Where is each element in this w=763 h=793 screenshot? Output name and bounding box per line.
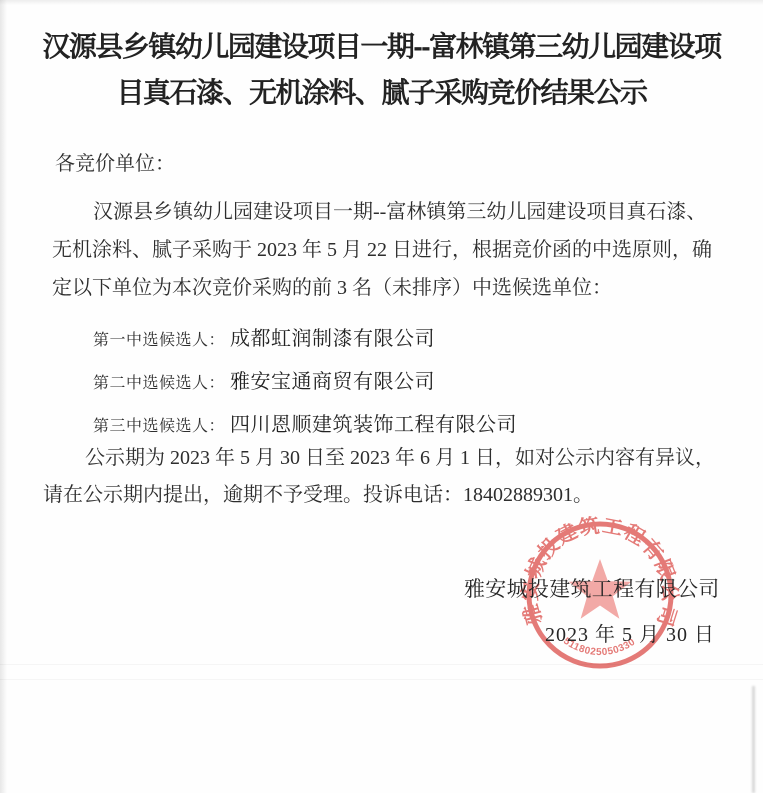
- notice-document-page: 汉源县乡镇幼儿园建设项目一期--富林镇第三幼儿园建设项 目真石漆、无机涂料、腻子…: [0, 0, 763, 793]
- paragraph1-line2: 无机涂料、腻子采购于 2023 年 5 月 22 日进行，根据竞价函的中选原则，…: [52, 237, 712, 263]
- salutation: 各竞价单位：: [55, 151, 175, 177]
- candidate-3-name: 四川恩顺建筑装饰工程有限公司: [230, 408, 517, 437]
- document-title-line2: 目真石漆、无机涂料、腻子采购竞价结果公示: [0, 77, 763, 109]
- candidate-2-name: 雅安宝通商贸有限公司: [230, 365, 435, 394]
- candidate-1-label: 第一中选候选人：: [93, 327, 225, 350]
- candidate-row-2: 第二中选候选人： 雅安宝通商贸有限公司: [93, 365, 435, 394]
- issue-date: 2023 年 5 月 30 日: [545, 618, 715, 647]
- scan-line: [0, 664, 763, 665]
- document-title-line1: 汉源县乡镇幼儿园建设项目一期--富林镇第三幼儿园建设项: [0, 31, 763, 63]
- candidate-3-label: 第三中选候选人：: [93, 413, 225, 436]
- scan-line: [0, 679, 763, 680]
- paragraph2-line2: 请在公示期内提出，逾期不予受理。投诉电话：18402889301。: [43, 482, 593, 508]
- candidate-2-label: 第二中选候选人：: [93, 370, 225, 393]
- paragraph1-line3: 定以下单位为本次竞价采购的前 3 名（未排序）中选候选单位：: [52, 275, 612, 301]
- candidate-1-name: 成都虹润制漆有限公司: [230, 322, 435, 351]
- paragraph1-line1: 汉源县乡镇幼儿园建设项目一期--富林镇第三幼儿园建设项目真石漆、: [93, 199, 706, 225]
- candidate-row-3: 第三中选候选人： 四川恩顺建筑装饰工程有限公司: [93, 408, 517, 437]
- scan-edge-left: [0, 0, 7, 793]
- scan-edge-top: [0, 0, 763, 5]
- issuer-signature: 雅安城投建筑工程有限公司: [464, 573, 720, 603]
- scan-streak-right: [752, 686, 755, 793]
- candidate-row-1: 第一中选候选人： 成都虹润制漆有限公司: [93, 322, 435, 351]
- paragraph2-line1: 公示期为 2023 年 5 月 30 日至 2023 年 6 月 1 日，如对公…: [85, 445, 715, 471]
